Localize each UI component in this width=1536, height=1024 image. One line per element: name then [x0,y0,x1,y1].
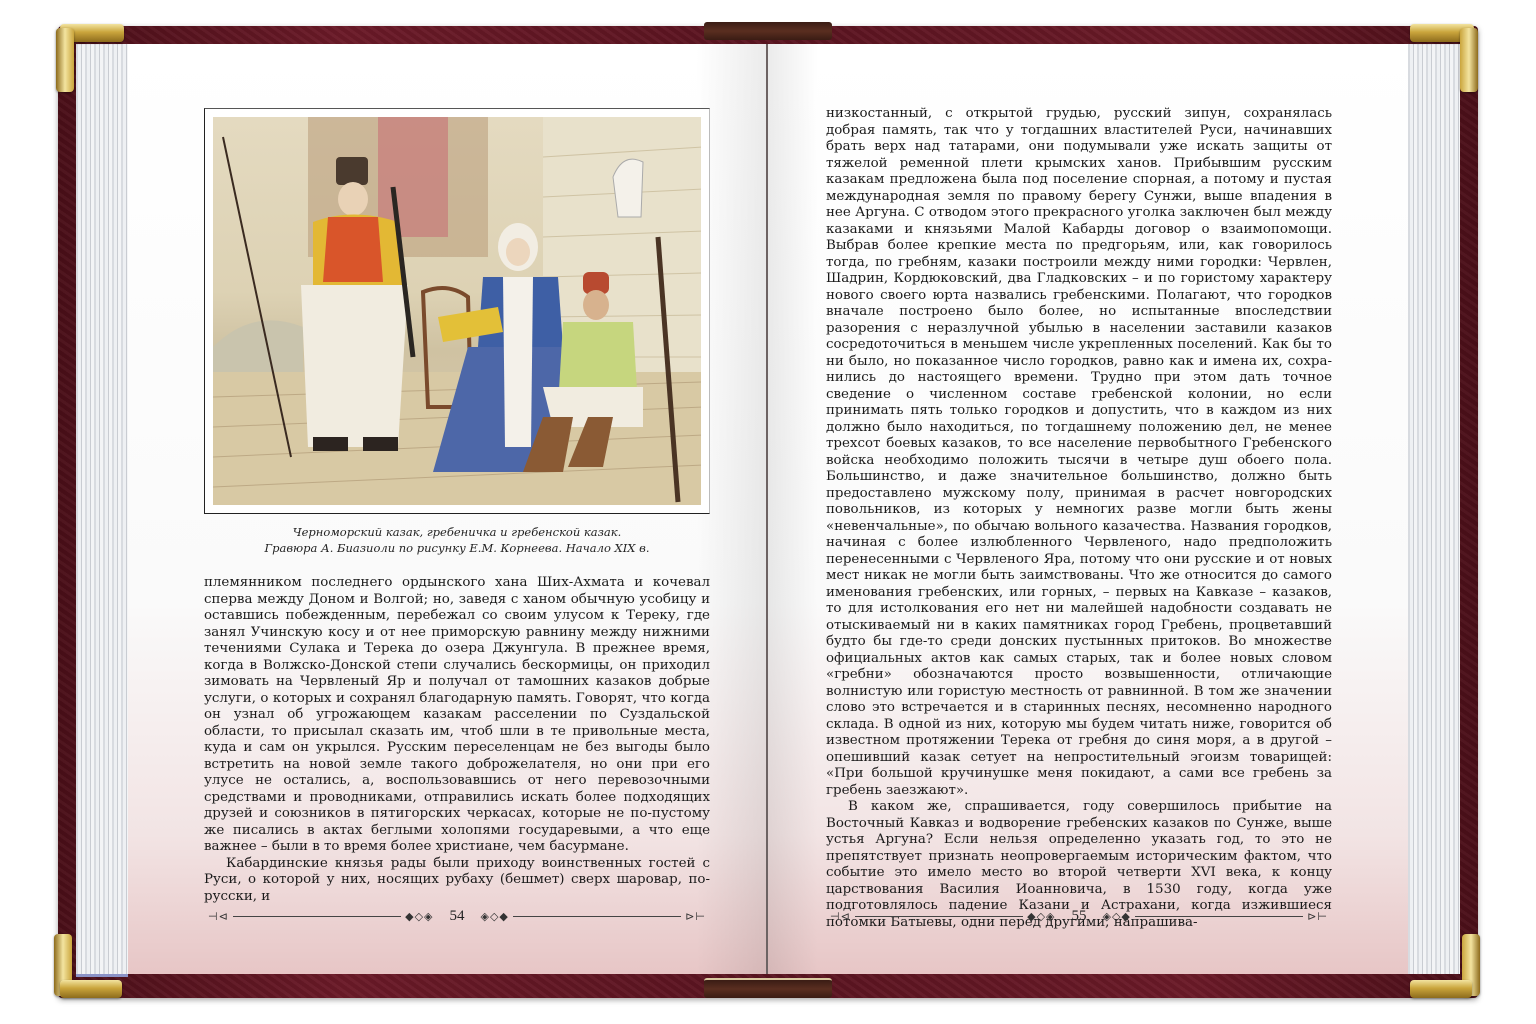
page-edges-right [1408,44,1460,974]
page-edges-left [76,44,128,977]
footer-rule [855,916,1023,917]
ornament-flourish-icon: ◈◇◆ [477,910,513,923]
ornament-flourish-icon: ◈◇◆ [1099,910,1135,923]
illustration-frame [204,108,710,514]
footer-rule [513,916,681,917]
ornament-flourish-icon: ◆◇◈ [1023,910,1059,923]
page-footer-right: ⊣⊲ ◆◇◈ 55 ◈◇◆ ⊳⊢ [826,907,1332,925]
page-number: 55 [1060,908,1099,925]
footer-rule [1135,916,1303,917]
illustration-caption: Черноморский казак, гребеничка и гребенс… [204,524,710,556]
ornament-end-icon: ⊣⊲ [204,910,233,923]
footer-rule [233,916,401,917]
ornament-end-icon: ⊣⊲ [826,910,855,923]
paragraph: племянником последнего ордынского хана Ш… [204,575,710,856]
paragraph: Кабардинские князья рады были приходу во… [204,856,710,906]
ornament-flourish-icon: ◆◇◈ [401,910,437,923]
caption-line-2: Гравюра А. Биазиоли по рисунку Е.М. Корн… [204,540,710,556]
right-page-body: низкостанный, с открытой грудью, русский… [826,106,1332,931]
book-gutter [766,44,768,974]
ornament-end-icon: ⊳⊢ [1303,910,1332,923]
paragraph: низкостанный, с открытой грудью, русский… [826,106,1332,799]
ornament-end-icon: ⊳⊢ [681,910,710,923]
page-footer-left: ⊣⊲ ◆◇◈ 54 ◈◇◆ ⊳⊢ [204,907,710,925]
caption-line-1: Черноморский казак, гребеничка и гребенс… [204,524,710,540]
page-number: 54 [438,908,477,925]
spine-headband-top [704,22,832,40]
left-page-body: племянником последнего ордынского хана Ш… [204,575,710,905]
engraving-illustration-icon [213,117,701,505]
spine-headband-bottom [704,978,832,998]
